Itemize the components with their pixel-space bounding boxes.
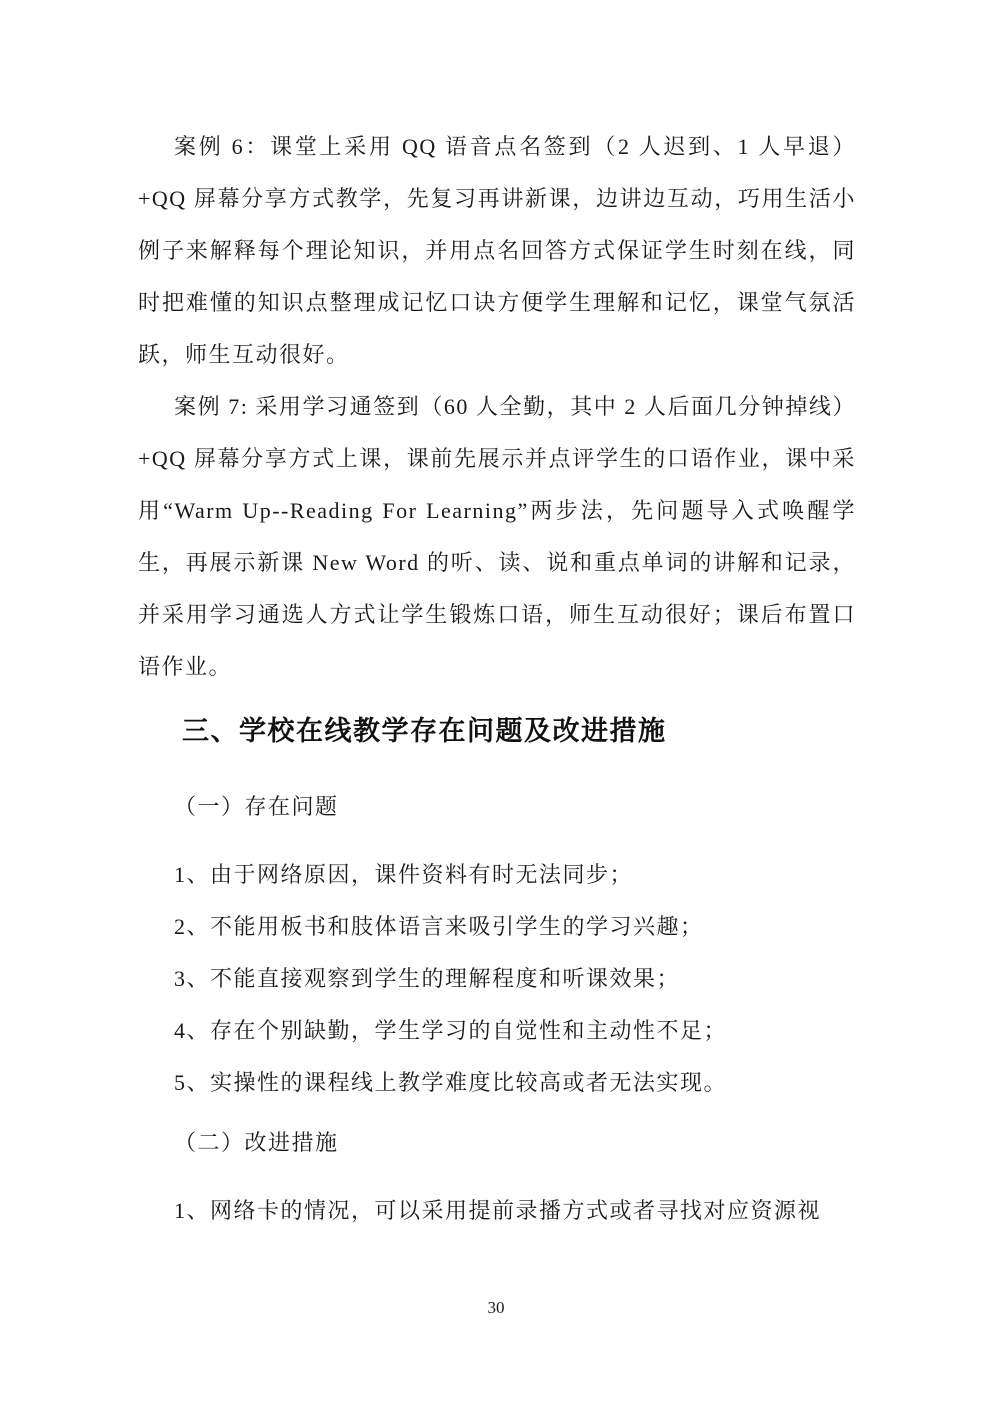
problem-item: 2、不能用板书和肢体语言来吸引学生的学习兴趣；	[138, 901, 856, 953]
document-page: 案例 6：课堂上采用 QQ 语音点名签到（2 人迟到、1 人早退）+QQ 屏幕分…	[0, 0, 992, 1403]
page-content: 案例 6：课堂上采用 QQ 语音点名签到（2 人迟到、1 人早退）+QQ 屏幕分…	[138, 121, 856, 1237]
improvement-item-partial: 1、网络卡的情况，可以采用提前录播方式或者寻找对应资源视	[138, 1185, 856, 1237]
paragraph-case7: 案例 7: 采用学习通签到（60 人全勤，其中 2 人后面几分钟掉线）+QQ 屏…	[138, 381, 856, 693]
problem-item: 3、不能直接观察到学生的理解程度和听课效果；	[138, 953, 856, 1005]
paragraph-case6: 案例 6：课堂上采用 QQ 语音点名签到（2 人迟到、1 人早退）+QQ 屏幕分…	[138, 121, 856, 381]
problem-item: 4、存在个别缺勤，学生学习的自觉性和主动性不足；	[138, 1005, 856, 1057]
section-heading: 三、学校在线教学存在问题及改进措施	[138, 705, 856, 757]
problem-item: 1、由于网络原因，课件资料有时无法同步；	[138, 849, 856, 901]
subsection-title-problems: （一）存在问题	[138, 781, 856, 833]
page-number: 30	[0, 1295, 992, 1321]
subsection-title-improvements: （二）改进措施	[138, 1117, 856, 1169]
problem-item: 5、实操性的课程线上教学难度比较高或者无法实现。	[138, 1057, 856, 1109]
